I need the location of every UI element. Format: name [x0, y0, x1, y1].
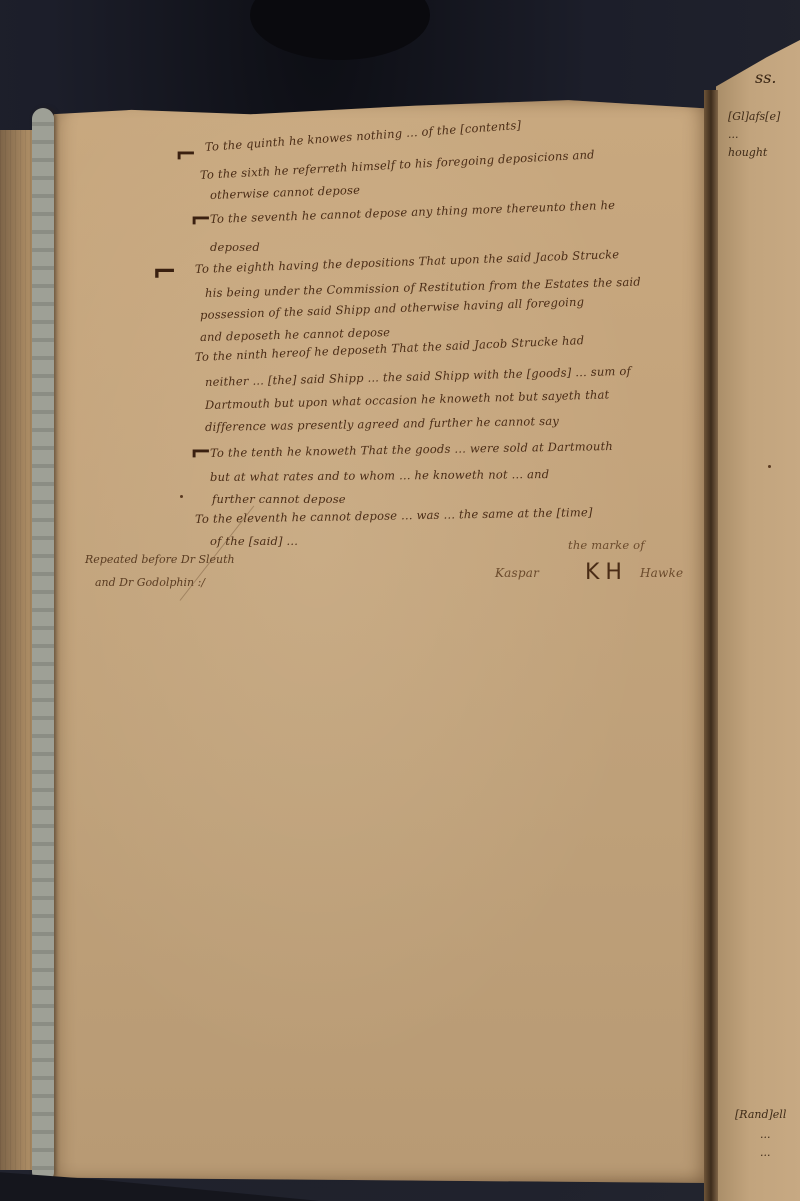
signatory-mark: KH [585, 560, 628, 585]
folio-mark: ss. [755, 68, 777, 87]
signature-first-name: Kaspar [495, 566, 539, 580]
margin-note-line-1: Repeated before Dr Sleuth [85, 553, 235, 566]
article-2-line-2: deposed [210, 240, 260, 254]
right-page-line-2: ... [728, 128, 739, 141]
right-page-bottom-line-1: [Rand]ell [735, 1108, 786, 1121]
ink-mark-right [768, 465, 771, 468]
article-bracket-3: ⌐ [152, 255, 177, 290]
article-bracket-5: ⌐ [190, 438, 212, 468]
margin-note-line-2: and Dr Godolphin :/ [95, 576, 205, 589]
ink-mark [180, 495, 183, 498]
right-page-line-3: hought [728, 146, 767, 159]
binding-headband [32, 108, 54, 1183]
signature-caption: the marke of [568, 538, 645, 552]
right-page-line-1: [Gl]afs[e] [728, 110, 780, 123]
right-page [716, 40, 800, 1201]
right-page-bottom-line-2: ... [760, 1128, 771, 1141]
signature-surname: Hawke [640, 566, 683, 580]
article-6-line-2: of the [said] ... [210, 534, 298, 548]
book-gutter [704, 90, 718, 1201]
right-page-bottom-line-3: ... [760, 1146, 771, 1159]
article-bracket-2: ⌐ [190, 205, 212, 235]
article-5-line-3: further cannot depose [212, 492, 346, 506]
article-bracket-1: ⌐ [175, 140, 197, 170]
article-5-line-2: but at what rates and to whom ... he kno… [210, 467, 549, 484]
